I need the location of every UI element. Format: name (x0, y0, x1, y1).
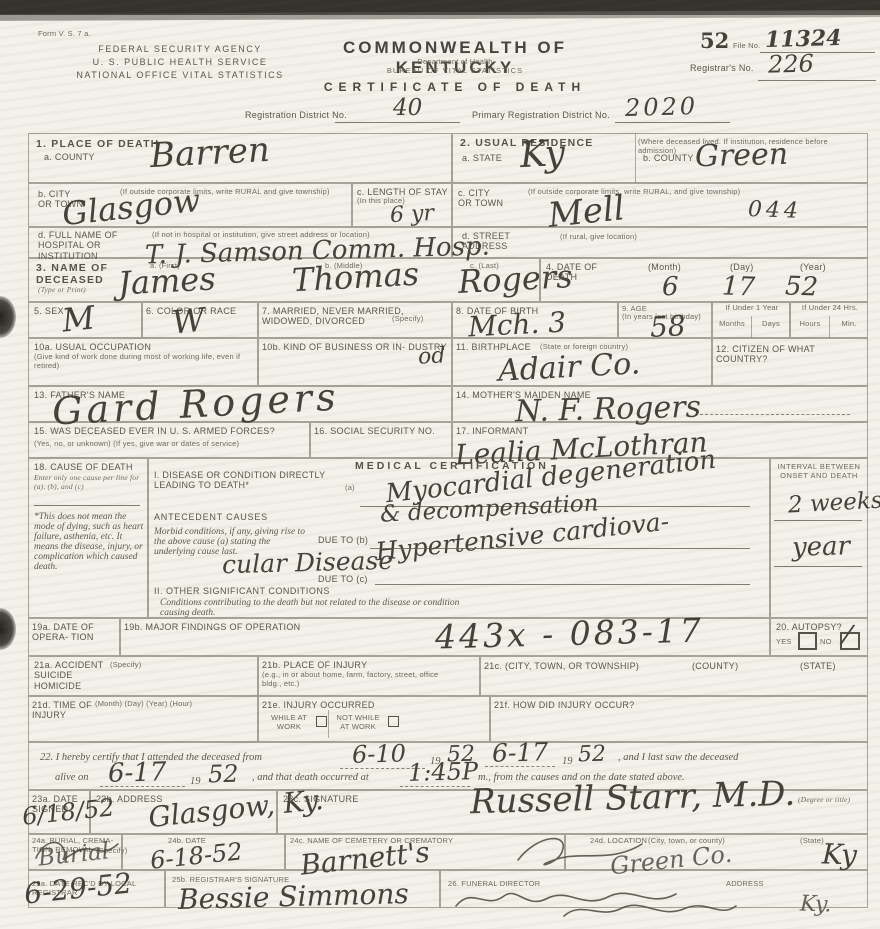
file-no-label: File No. (733, 42, 760, 51)
certify-time-of-death: 1:45P (408, 757, 479, 787)
field4-day-label: (Day) (730, 262, 754, 272)
field4-month-value: 6 (662, 272, 679, 302)
field2-city-label: c. CITY OR TOWN (458, 188, 506, 209)
autopsy-yes-label: YES (776, 638, 792, 647)
field9-value: 58 (649, 309, 686, 344)
field2-street-note: (If rural, give location) (560, 233, 637, 242)
agency-line-2: U. S. PUBLIC HEALTH SERVICE (55, 57, 305, 67)
primary-district-value: 2020 (625, 92, 699, 122)
hole-punch-mark (0, 296, 16, 338)
field26-address-value: Ky. (800, 891, 832, 917)
field24d-state-value: Ky (821, 837, 857, 871)
field21a-label: 21a. ACCIDENT SUICIDE HOMICIDE (34, 660, 104, 691)
field23c-value: Russell Starr, M.D. (470, 774, 796, 822)
field21a-note: (Specify) (110, 661, 141, 670)
field18-part2-label: II. OTHER SIGNIFICANT CONDITIONS (154, 586, 330, 596)
field18-antecedent-label: ANTECEDENT CAUSES (154, 512, 268, 522)
field15-label: 15. WAS DECEASED EVER IN U. S. ARMED FOR… (34, 426, 306, 436)
field16-label: 16. SOCIAL SECURITY NO. (314, 426, 446, 436)
funeral-address-scrawl (560, 898, 740, 924)
field20-label: 20. AUTOPSY? (776, 622, 842, 632)
field18-footnote: *This does not mean the mode of dying, s… (34, 512, 146, 572)
certify-to-year: 52 (578, 742, 607, 768)
field2-county-value: Green (695, 137, 789, 174)
interval-a-value: 2 weeks (787, 488, 880, 519)
field4-year-label: (Year) (800, 262, 826, 272)
field1-county-value: Barren (149, 130, 271, 176)
field5-label: 5. SEX (34, 306, 64, 316)
field26-address-label: ADDRESS (726, 880, 764, 889)
field1-county-label: a. COUNTY (44, 152, 95, 162)
field21c-label: 21c. (CITY, TOWN, OR TOWNSHIP) (484, 661, 639, 671)
field15-note: (Yes, no, or unknown) (If yes, give war … (34, 440, 304, 449)
field9-months-label: Months (714, 320, 750, 329)
field18-a-label: (a) (345, 484, 355, 493)
field1-hospital-label: d. FULL NAME OF HOSPITAL OR INSTITUTION (38, 230, 150, 261)
autopsy-no-label: NO (820, 638, 832, 647)
field21b-label: 21b. PLACE OF INJURY (262, 660, 392, 670)
certify-text-3: alive on (55, 772, 89, 783)
field18-label: 18. CAUSE OF DEATH (34, 462, 146, 472)
field4-month-label: (Month) (648, 262, 681, 272)
field21e-while-label: WHILE AT WORK (264, 714, 314, 731)
field3-first-value: James (117, 259, 216, 302)
field21f-label: 21f. HOW DID INJURY OCCUR? (494, 700, 635, 710)
field11-value: Adair Co. (497, 346, 641, 388)
registrar-no-label: Registrar's No. (690, 63, 754, 73)
field7-note: (Specify) (392, 315, 423, 324)
field23c-label: 23c. SIGNATURE (283, 794, 359, 804)
field6-value: W (170, 300, 207, 341)
field1-stay-value: 6 yr (389, 201, 434, 228)
field12-label: 12. CITIZEN OF WHAT COUNTRY? (716, 344, 846, 365)
certify-19-c: 19 (190, 776, 201, 787)
field9-under24-label: If Under 24 Hrs. (792, 304, 868, 313)
field2-state-value: Ky (519, 133, 566, 176)
injury-while-at-work-checkbox (316, 716, 327, 727)
field9-hours-label: Hours (792, 320, 828, 329)
field18-note: Enter only one cause per line for (a), (… (34, 474, 142, 491)
certify-text-2: , and I last saw the deceased (618, 752, 738, 763)
field18-b-value2: cular Disease (222, 546, 394, 579)
field4-year-value: 52 (784, 271, 818, 302)
interval-label: INTERVAL BETWEEN ONSET AND DEATH (776, 463, 862, 480)
field9-days-label: Days (753, 320, 789, 329)
field3-middle-value: Thomas (291, 255, 420, 300)
field21e-label: 21e. INJURY OCCURRED (262, 700, 375, 710)
field21c-state-label: (STATE) (800, 661, 836, 671)
field10a-label: 10a. USUAL OCCUPATION (34, 342, 254, 352)
field21c-county-label: (COUNTY) (692, 661, 738, 671)
field24d-state-label: (State) (800, 837, 824, 846)
certify-to-date: 6-17 (492, 737, 549, 767)
burial-entry-scrawl (30, 834, 125, 868)
hole-punch-mark (0, 608, 16, 650)
certify-lastseen-date: 6-17 (108, 757, 167, 789)
field11-label: 11. BIRTHPLACE (456, 342, 531, 352)
field2-city-extra: 044 (748, 197, 803, 224)
primary-district-label: Primary Registration District No. (472, 110, 610, 120)
field21d-cols: (Month) (Day) (Year) (Hour) (95, 700, 245, 709)
agency-line-1: FEDERAL SECURITY AGENCY (55, 44, 305, 54)
registrar-no-value: 226 (768, 49, 815, 78)
certify-lastseen-year: 52 (208, 760, 239, 789)
field21d-label: 21d. TIME OF INJURY (32, 700, 92, 721)
certificate-title: CERTIFICATE OF DEATH (285, 80, 625, 94)
certify-text-4: , and that death occurred at (252, 772, 369, 783)
field25b-value: Bessie Simmons (178, 877, 410, 916)
field18-due-b-label: DUE TO (b) (318, 535, 368, 545)
field10b-value: od (417, 343, 446, 369)
field18-part1-label: I. DISEASE OR CONDITION DIRECTLY LEADING… (154, 470, 344, 491)
field18-due-c-label: DUE TO (c) (318, 574, 368, 584)
death-certificate-scan: Form V. S. 7 a. FEDERAL SECURITY AGENCY … (0, 0, 880, 929)
field2-city-value: Mell (546, 188, 626, 236)
agency-line-3: NATIONAL OFFICE VITAL STATISTICS (45, 70, 315, 80)
field2-county-label: b. COUNTY (643, 153, 694, 163)
cemetery-flourish-scrawl (510, 830, 650, 874)
injury-not-while-at-work-checkbox (388, 716, 399, 727)
field9-under1-label: If Under 1 Year (714, 304, 790, 313)
form-number: Form V. S. 7 a. (38, 30, 91, 39)
certify-19-b: 19 (562, 756, 573, 767)
field2-state-label: a. STATE (462, 153, 502, 163)
field5-value: M (60, 298, 97, 339)
field4-label: 4. DATE OF DEATH (546, 262, 602, 283)
year-prefix: 52 (700, 28, 729, 53)
field1-title: 1. PLACE OF DEATH (36, 138, 159, 150)
field10a-note: (Give kind of work done during most of w… (34, 353, 249, 370)
interval-b-value: year (792, 531, 851, 563)
field21b-note: (e.g., in or about home, farm, factory, … (262, 671, 442, 688)
field19b-label: 19b. MAJOR FINDINGS OF OPERATION (124, 622, 424, 632)
field8-value: Mch. 3 (467, 305, 567, 343)
bureau-line: BUREAU OF VITAL STATISTICS (285, 67, 625, 76)
field19a-label: 19a. DATE OF OPERA- TION (32, 622, 118, 643)
certify-from-date: 6-10 (352, 739, 407, 768)
field4-day-value: 17 (721, 271, 755, 302)
autopsy-yes-checkbox (798, 632, 817, 650)
field3-subtitle: (Type or Print) (38, 286, 86, 295)
field9-min-label: Min. (831, 320, 867, 329)
field18-part2-note: Conditions contributing to the death but… (160, 598, 480, 618)
field19b-value: 443x - 083-17 (435, 610, 705, 656)
field2-street-label: d. STREET ADDRESS (462, 231, 522, 252)
field23c-note: (Degree or title) (798, 796, 850, 805)
field21e-notwhile-label: NOT WHILE AT WORK (332, 714, 384, 731)
field14-value: N. F. Rogers (515, 390, 702, 430)
registration-district-value: 40 (393, 95, 422, 121)
registration-district-label: Registration District No. (245, 110, 347, 120)
